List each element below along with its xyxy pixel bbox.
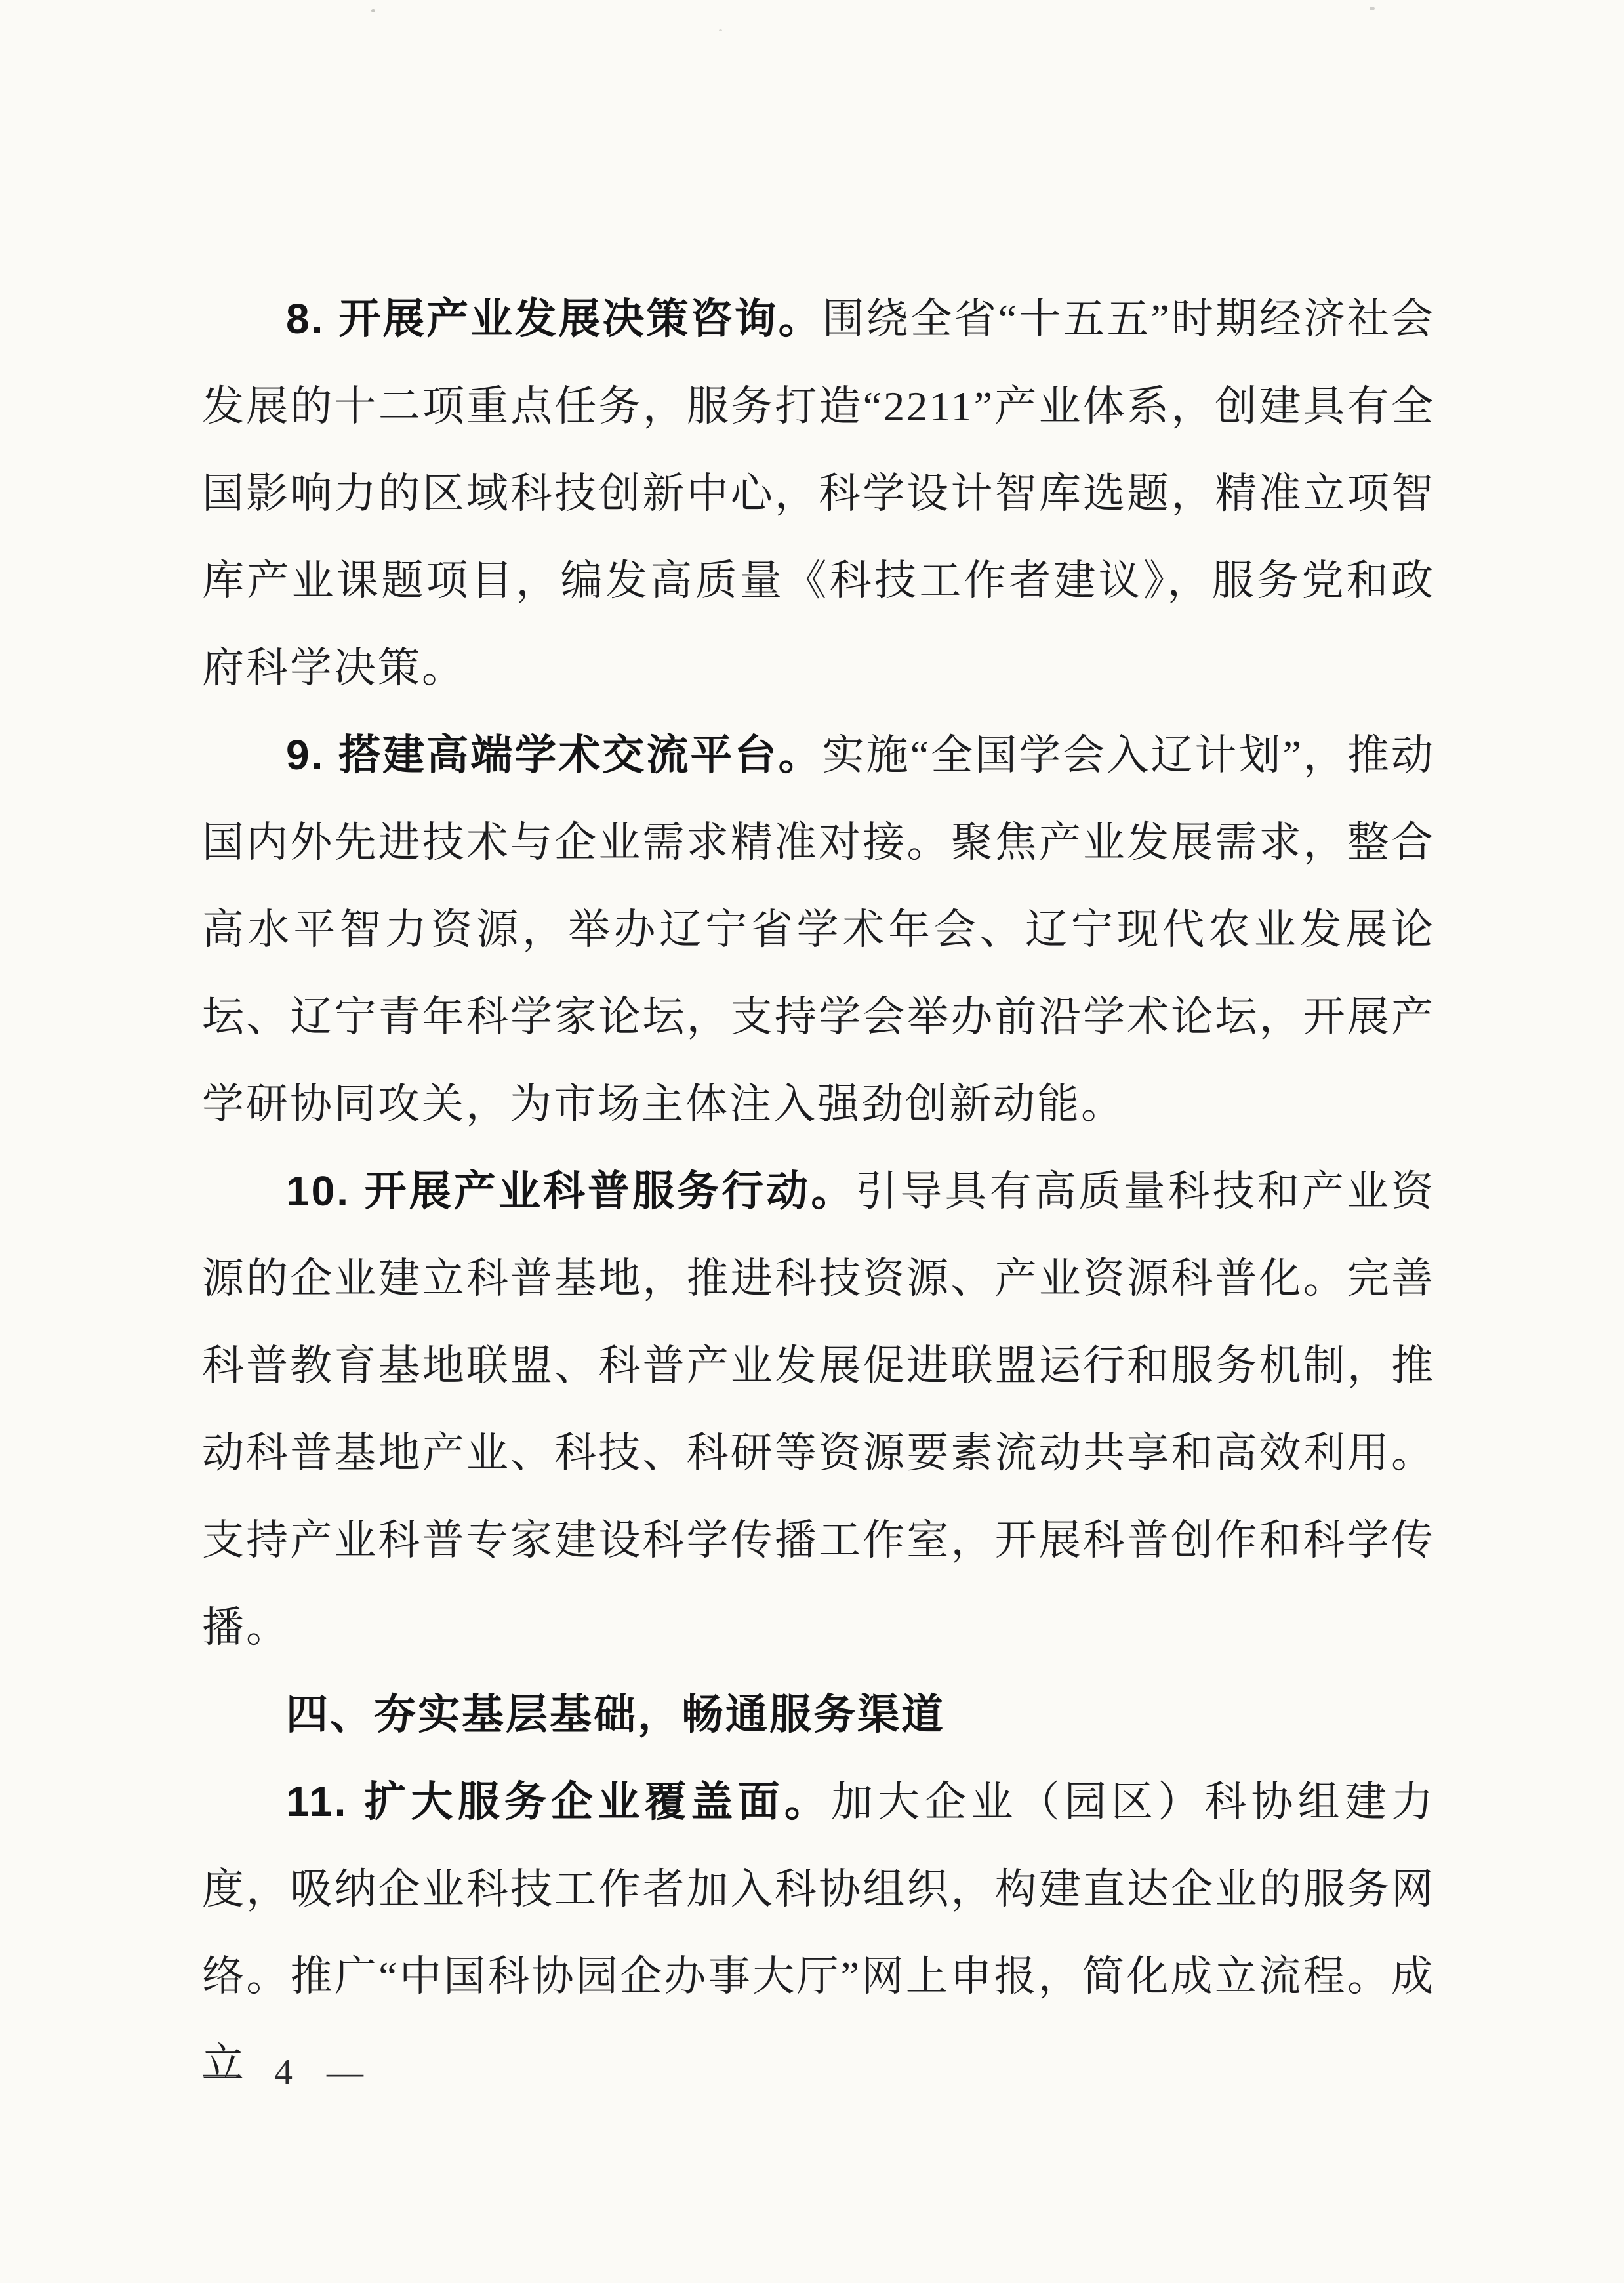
section-heading-4: 四、夯实基层基础，畅通服务渠道 (202, 1671, 1435, 1758)
document-page: 8. 开展产业发展决策咨询。围绕全省“十五五”时期经济社会发展的十二项重点任务，… (0, 0, 1624, 2283)
paragraph-11: 11. 扩大服务企业覆盖面。加大企业（园区）科协组建力度，吸纳企业科技工作者加入… (202, 1758, 1435, 2107)
paragraph-10-lead: 10. 开展产业科普服务行动。 (286, 1167, 855, 1215)
paragraph-8-lead: 8. 开展产业发展决策咨询。 (286, 295, 822, 342)
paragraph-9: 9. 搭建高端学术交流平台。实施“全国学会入辽计划”，推动国内外先进技术与企业需… (202, 712, 1435, 1148)
scan-speckle (1370, 7, 1375, 10)
page-number: — 4 — (203, 2046, 367, 2099)
paragraph-8: 8. 开展产业发展决策咨询。围绕全省“十五五”时期经济社会发展的十二项重点任务，… (202, 275, 1435, 712)
paragraph-10: 10. 开展产业科普服务行动。引导具有高质量科技和产业资源的企业建立科普基地，推… (202, 1148, 1435, 1671)
paragraph-9-text: 实施“全国学会入辽计划”，推动国内外先进技术与企业需求精准对接。聚焦产业发展需求… (202, 732, 1435, 1127)
document-body: 8. 开展产业发展决策咨询。围绕全省“十五五”时期经济社会发展的十二项重点任务，… (202, 275, 1435, 2107)
scan-speckle (371, 9, 375, 12)
paragraph-9-lead: 9. 搭建高端学术交流平台。 (286, 731, 822, 778)
scan-speckle (719, 29, 722, 31)
paragraph-10-text: 引导具有高质量科技和产业资源的企业建立科普基地，推进科技资源、产业资源科普化。完… (202, 1168, 1435, 1651)
paragraph-8-text: 围绕全省“十五五”时期经济社会发展的十二项重点任务，服务打造“2211”产业体系… (202, 296, 1435, 691)
paragraph-11-lead: 11. 扩大服务企业覆盖面。 (286, 1778, 831, 1825)
